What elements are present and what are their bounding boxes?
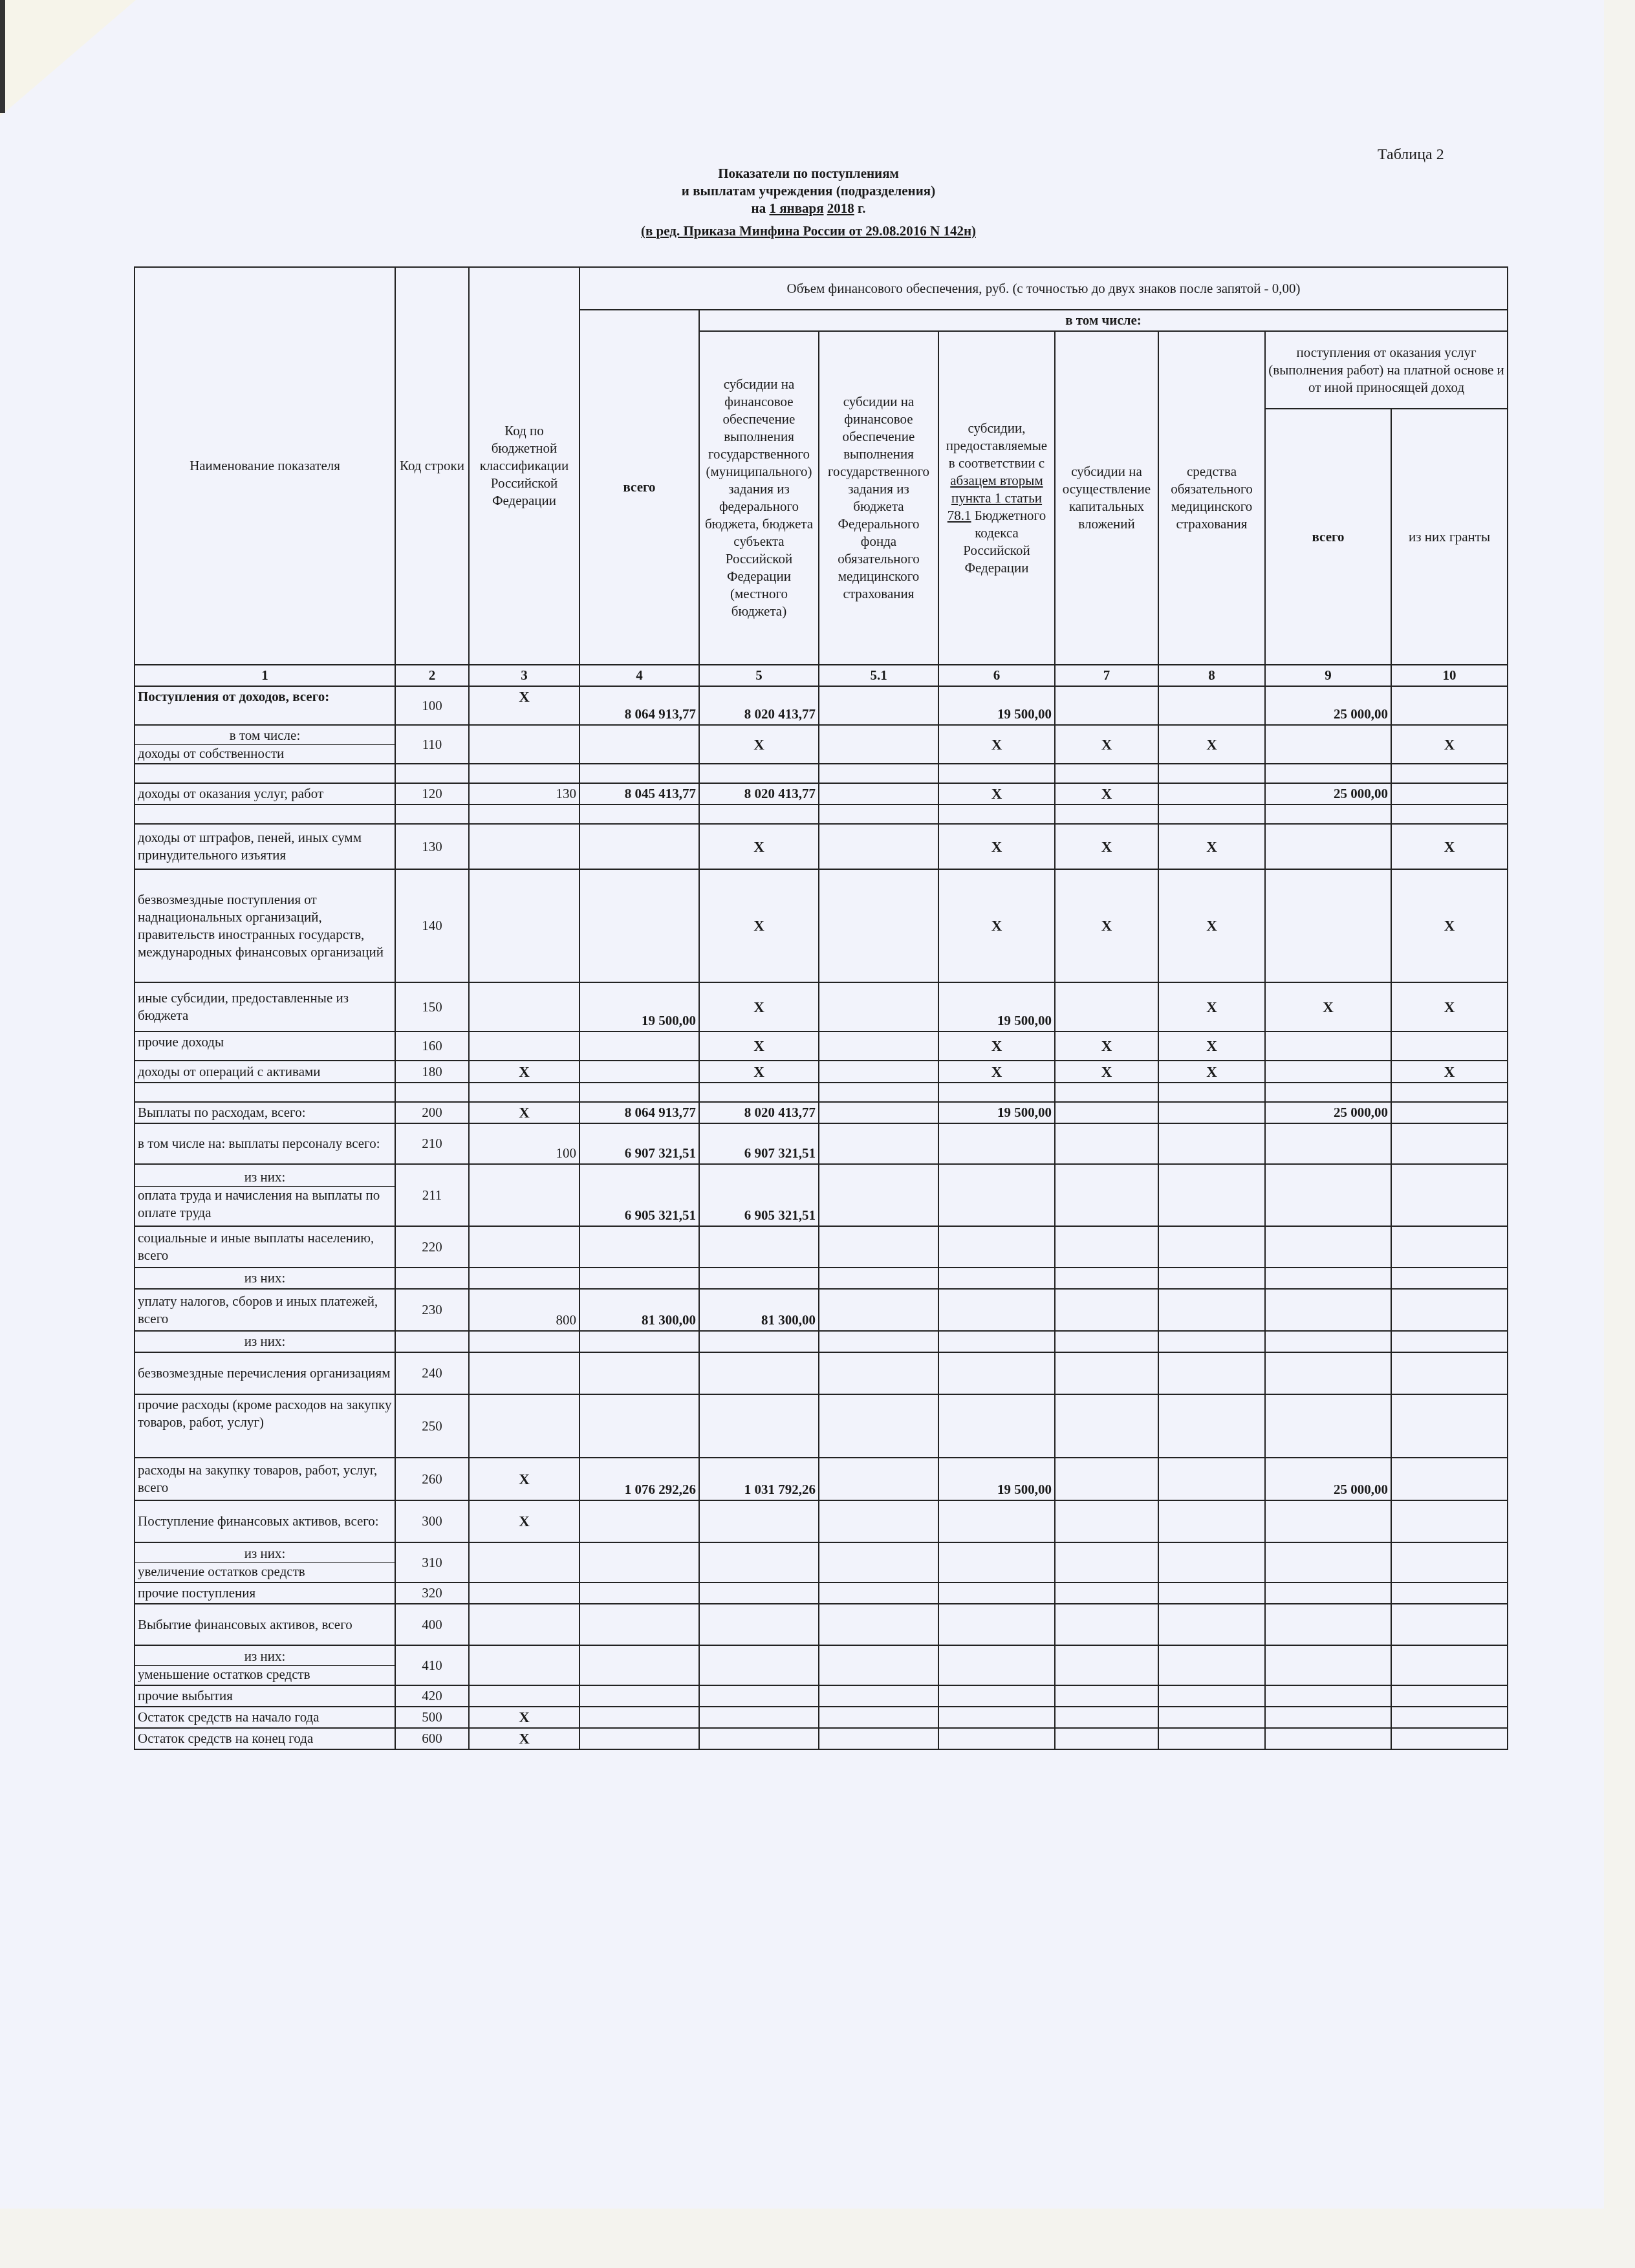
table-row: из них: оплата труда и начисления на вып… [135,1164,1508,1226]
table-row: социальные и иные выплаты населению, все… [135,1226,1508,1268]
table-row: в том числе на: выплаты персоналу всего:… [135,1123,1508,1164]
header-row-code: Код строки [395,267,469,665]
header-col10: из них гранты [1391,409,1508,665]
table-row-empty [135,1083,1508,1102]
table-row: доходы от оказания услуг, работ 120 130 … [135,783,1508,805]
table-row: Остаток средств на конец года 600 X [135,1728,1508,1749]
column-numbers-row: 1 2 3 4 5 5.1 6 7 8 9 10 [135,665,1508,686]
table-row: Поступления от доходов, всего: 100 X 8 0… [135,686,1508,725]
title-line-1: Показатели по поступлениям [582,165,1035,182]
financial-indicators-table: Наименование показателя Код строки Код п… [134,266,1508,1750]
table-row: прочие доходы 160 X X X X [135,1031,1508,1061]
table-row: прочие поступления 320 [135,1582,1508,1604]
table-row: в том числе: доходы от собственности 110… [135,725,1508,764]
header-col8: средства обязательного медицинского стра… [1158,331,1265,665]
table-row-empty [135,764,1508,783]
legal-reference-link[interactable]: (в ред. Приказа Минфина России от 29.08.… [582,222,1035,240]
table-row: уплату налогов, сборов и иных платежей, … [135,1289,1508,1331]
title-line-2: и выплатам учреждения (подразделения) [582,182,1035,200]
table-row: доходы от операций с активами 180 X X X … [135,1061,1508,1083]
table-row: из них: [135,1331,1508,1352]
table-row: из них: уменьшение остатков средств 410 [135,1645,1508,1685]
table-row: безвозмездные поступления от наднационал… [135,869,1508,982]
table-row: Поступление финансовых активов, всего: 3… [135,1500,1508,1542]
header-total: всего [579,310,699,665]
header-indicator-name: Наименование показателя [135,267,395,665]
header-including: в том числе: [699,310,1508,331]
table-row: иные субсидии, предоставленные из бюджет… [135,982,1508,1031]
date-year: 2018 [827,200,854,216]
table-row: доходы от штрафов, пеней, иных сумм прин… [135,824,1508,869]
table-row: Выбытие финансовых активов, всего 400 [135,1604,1508,1645]
header-col7: субсидии на осуществление капитальных вл… [1055,331,1158,665]
folded-corner [0,0,136,116]
table-row: Выплаты по расходам, всего: 200 X 8 064 … [135,1102,1508,1123]
header-paid-services: поступления от оказания услуг (выполнени… [1265,331,1508,409]
table-number-label: Таблица 2 [1378,146,1444,164]
header-col6: субсидии, предоставляемые в соответствии… [938,331,1055,665]
table-row: из них: увеличение остатков средств 310 [135,1542,1508,1582]
header-budget-code: Код по бюджетной классификации Российско… [469,267,579,665]
document-title: Показатели по поступлениям и выплатам уч… [582,165,1035,240]
header-financing-volume: Объем финансового обеспечения, руб. (с т… [579,267,1508,310]
table-row: прочие выбытия 420 [135,1685,1508,1707]
header-col5-1: субсидии на финансовое обеспечение выпол… [819,331,938,665]
table-row: прочие расходы (кроме расходов на закупк… [135,1394,1508,1458]
table-row: из них: [135,1268,1508,1289]
scanned-page: Таблица 2 Показатели по поступлениям и в… [0,0,1604,2209]
table-row-empty [135,805,1508,824]
header-col5: субсидии на финансовое обеспечение выпол… [699,331,819,665]
table-row: безвозмездные перечисления организациям … [135,1352,1508,1394]
table-row: Остаток средств на начало года 500 X [135,1707,1508,1728]
header-col9: всего [1265,409,1391,665]
date-day-month: 1 января [769,200,823,216]
page-edge-shadow [0,0,5,113]
title-date: на 1 января 2018 г. [582,200,1035,217]
table-row: расходы на закупку товаров, работ, услуг… [135,1458,1508,1500]
